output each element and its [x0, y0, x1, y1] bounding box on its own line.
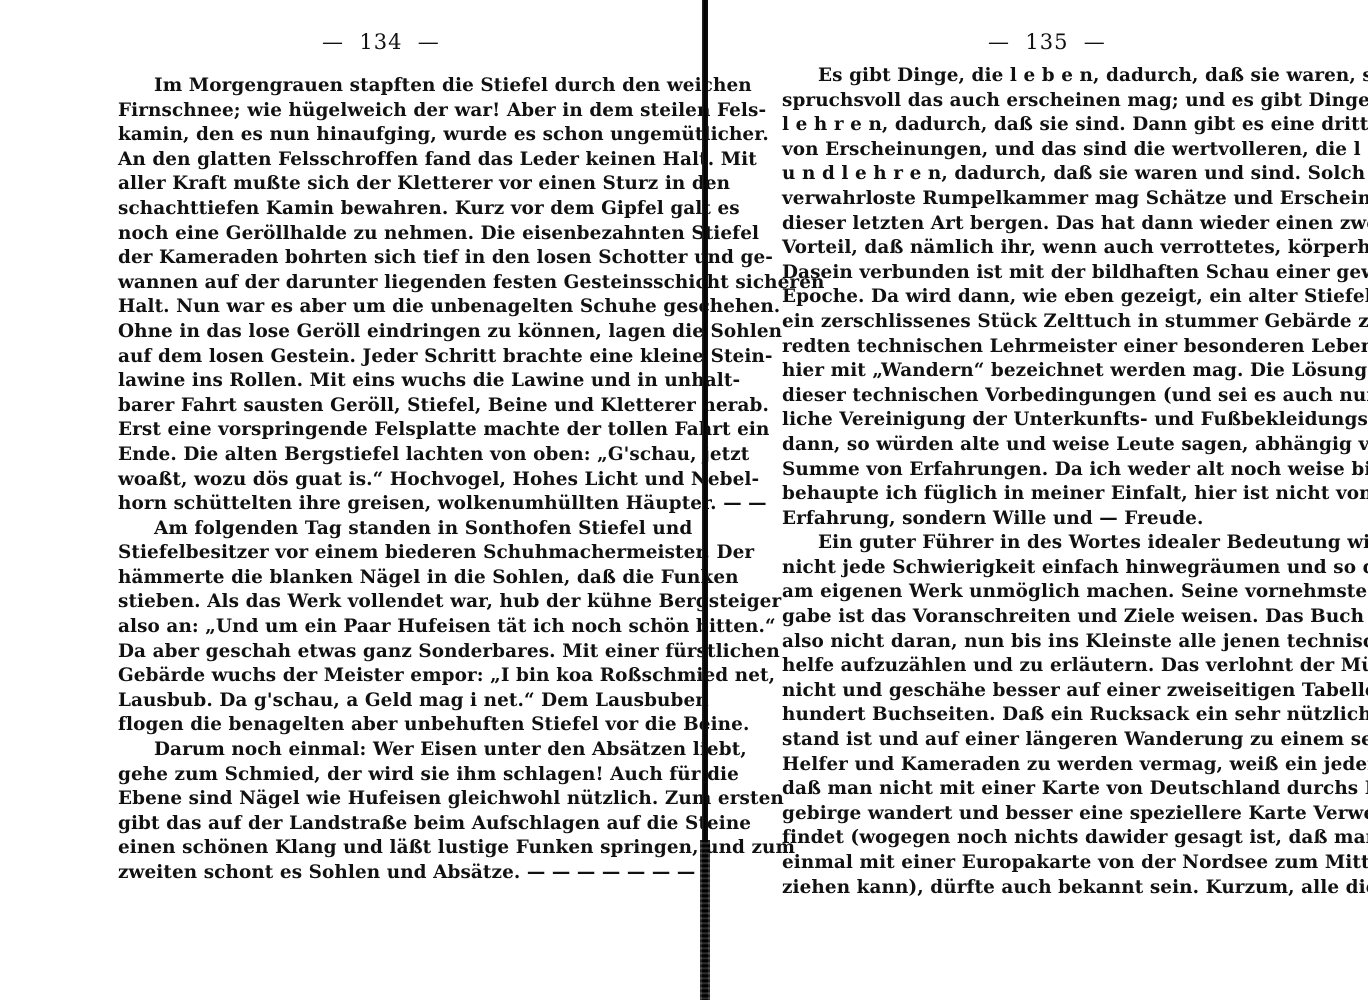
text-line: Ebene sind Nägel wie Hufeisen gleichwohl… — [118, 787, 648, 812]
text-line: einmal mit einer Europakarte von der Nor… — [782, 851, 1312, 876]
text-line: dann, so würden alte und weise Leute sag… — [782, 433, 1312, 458]
text-line: Ein guter Führer in des Wortes idealer B… — [782, 531, 1312, 556]
text-line: flogen die benagelten aber unbehuften St… — [118, 713, 648, 738]
text-line: Gebärde wuchs der Meister empor: „I bin … — [118, 664, 648, 689]
text-line: Firnschnee; wie hügelweich der war! Aber… — [118, 99, 648, 124]
text-line: behaupte ich füglich in meiner Einfalt, … — [782, 482, 1312, 507]
text-line: stieben. Als das Werk vollendet war, hub… — [118, 590, 648, 615]
text-line: schachttiefen Kamin bewahren. Kurz vor d… — [118, 197, 648, 222]
text-line: von Erscheinungen, und das sind die wert… — [782, 138, 1312, 163]
text-line: Summe von Erfahrungen. Da ich weder alt … — [782, 458, 1312, 483]
text-line: u n d l e h r e n, dadurch, daß sie ware… — [782, 162, 1312, 187]
text-line: Da aber geschah etwas ganz Sonderbares. … — [118, 640, 648, 665]
text-line: Es gibt Dinge, die l e b e n, dadurch, d… — [782, 64, 1312, 89]
text-line: findet (wogegen noch nichts dawider gesa… — [782, 826, 1312, 851]
text-line: Ende. Die alten Bergstiefel lachten von … — [118, 443, 648, 468]
text-line: Stiefelbesitzer vor einem biederen Schuh… — [118, 541, 648, 566]
text-line: noch eine Geröllhalde zu nehmen. Die eis… — [118, 222, 648, 247]
text-line: Vorteil, daß nämlich ihr, wenn auch verr… — [782, 236, 1312, 261]
text-line: am eigenen Werk unmöglich machen. Seine … — [782, 580, 1312, 605]
text-line: Dasein verbunden ist mit der bildhaften … — [782, 261, 1312, 286]
text-line: woaßt, wozu dös guat is.“ Hochvogel, Hoh… — [118, 468, 648, 493]
text-line: liche Vereinigung der Unterkunfts- und F… — [782, 408, 1312, 433]
text-line: Ohne in das lose Geröll eindringen zu kö… — [118, 320, 648, 345]
text-line: dieser letzten Art bergen. Das hat dann … — [782, 212, 1312, 237]
text-line: Am folgenden Tag standen in Sonthofen St… — [118, 517, 648, 542]
text-line: gibt das auf der Landstraße beim Aufschl… — [118, 812, 648, 837]
text-line: hier mit „Wandern“ bezeichnet werden mag… — [782, 359, 1312, 384]
text-line: gebirge wandert und besser eine speziell… — [782, 802, 1312, 827]
text-line: helfe aufzuzählen und zu erläutern. Das … — [782, 654, 1312, 679]
text-line: horn schüttelten ihre greisen, wolkenumh… — [118, 492, 648, 517]
text-line: Lausbub. Da g'schau, a Geld mag i net.“ … — [118, 689, 648, 714]
text-line: hundert Buchseiten. Daß ein Rucksack ein… — [782, 703, 1312, 728]
text-line: daß man nicht mit einer Karte von Deutsc… — [782, 777, 1312, 802]
text-line: aller Kraft mußte sich der Kletterer vor… — [118, 172, 648, 197]
left-page: — 134 — Im Morgengrauen stapften die Sti… — [0, 0, 700, 1000]
book-spread: — 134 — Im Morgengrauen stapften die Sti… — [0, 0, 1368, 1000]
body-text: Es gibt Dinge, die l e b e n, dadurch, d… — [782, 64, 1312, 900]
text-line: stand ist und auf einer längeren Wanderu… — [782, 728, 1312, 753]
page-number: — 134 — — [322, 30, 440, 54]
text-line: Epoche. Da wird dann, wie eben gezeigt, … — [782, 285, 1312, 310]
text-line: gabe ist das Voranschreiten und Ziele we… — [782, 605, 1312, 630]
text-line: auf dem losen Gestein. Jeder Schritt bra… — [118, 345, 648, 370]
text-line: ziehen kann), dürfte auch bekannt sein. … — [782, 876, 1312, 901]
book-spine-edge — [700, 840, 710, 1000]
text-line: nicht und geschähe besser auf einer zwei… — [782, 679, 1312, 704]
text-line: ein zerschlissenes Stück Zelttuch in stu… — [782, 310, 1312, 335]
text-line: einen schönen Klang und läßt lustige Fun… — [118, 836, 648, 861]
text-line: also an: „Und um ein Paar Hufeisen tät i… — [118, 615, 648, 640]
text-line: verwahrloste Rumpelkammer mag Schätze un… — [782, 187, 1312, 212]
body-text: Im Morgengrauen stapften die Stiefel dur… — [118, 74, 648, 886]
text-line: der Kameraden bohrten sich tief in den l… — [118, 246, 648, 271]
text-line: l e h r e n, dadurch, daß sie sind. Dann… — [782, 113, 1312, 138]
page-number: — 135 — — [988, 30, 1106, 54]
text-line: redten technischen Lehrmeister einer bes… — [782, 335, 1312, 360]
text-line: barer Fahrt sausten Geröll, Stiefel, Bei… — [118, 394, 648, 419]
text-line: wannen auf der darunter liegenden festen… — [118, 271, 648, 296]
text-line: gehe zum Schmied, der wird sie ihm schla… — [118, 763, 648, 788]
text-line: Darum noch einmal: Wer Eisen unter den A… — [118, 738, 648, 763]
text-line: lawine ins Rollen. Mit eins wuchs die La… — [118, 369, 648, 394]
text-line: Halt. Nun war es aber um die unbenagelte… — [118, 295, 648, 320]
text-line: hämmerte die blanken Nägel in die Sohlen… — [118, 566, 648, 591]
text-line: An den glatten Felsschroffen fand das Le… — [118, 148, 648, 173]
text-line: also nicht daran, nun bis ins Kleinste a… — [782, 630, 1312, 655]
text-line: nicht jede Schwierigkeit einfach hinwegr… — [782, 556, 1312, 581]
right-page: — 135 — Es gibt Dinge, die l e b e n, da… — [712, 0, 1368, 1000]
text-line: dieser technischen Vorbedingungen (und s… — [782, 384, 1312, 409]
text-line: spruchsvoll das auch erscheinen mag; und… — [782, 89, 1312, 114]
text-line: Erfahrung, sondern Wille und — Freude. — [782, 507, 1312, 532]
text-line: kamin, den es nun hinaufging, wurde es s… — [118, 123, 648, 148]
text-line: Erst eine vorspringende Felsplatte macht… — [118, 418, 648, 443]
text-line: zweiten schont es Sohlen und Absätze. — … — [118, 861, 648, 886]
text-line: Helfer und Kameraden zu werden vermag, w… — [782, 753, 1312, 778]
text-line: Im Morgengrauen stapften die Stiefel dur… — [118, 74, 648, 99]
